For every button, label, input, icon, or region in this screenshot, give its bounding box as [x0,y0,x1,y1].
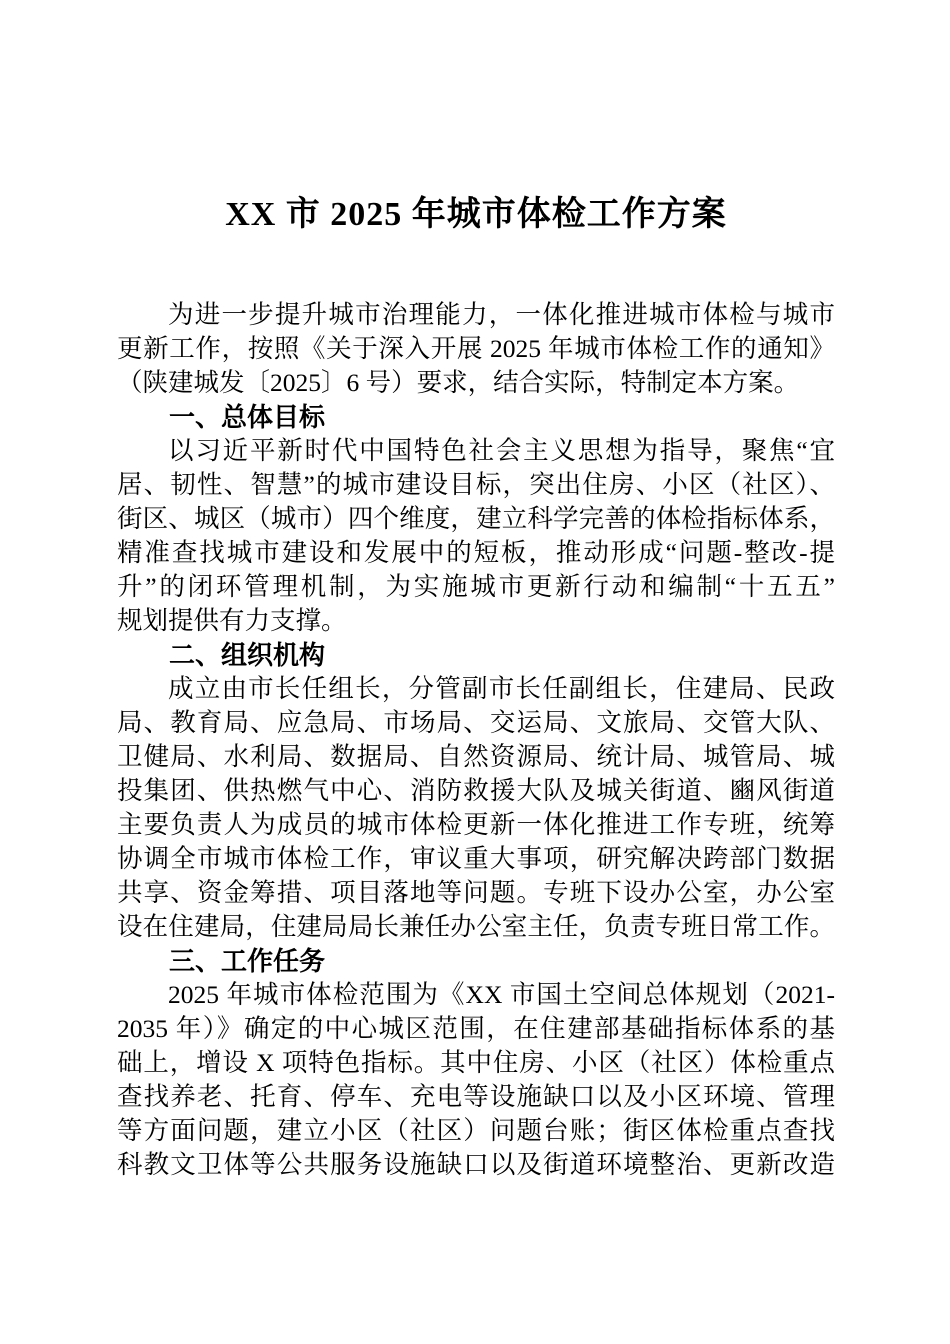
document-body: 为进一步提升城市治理能力，一体化推进城市体检与城市更新工作，按照《关于深入开展 … [117,298,835,1182]
doc-line: 为进一步提升城市治理能力，一体化推进城市体检与城市 [117,298,835,332]
doc-line: 投集团、供热燃气中心、消防救援大队及城关街道、豳风街道 [117,774,835,808]
doc-line: 2025 年城市体检范围为《XX 市国土空间总体规划（2021- [117,978,835,1012]
doc-line: 设在住建局，住建局局长兼任办公室主任，负责专班日常工作。 [117,910,835,944]
doc-line: 2035 年）》确定的中心城区范围，在住建部基础指标体系的基 [117,1012,835,1046]
doc-line: 以习近平新时代中国特色社会主义思想为指导，聚焦“宜 [117,434,835,468]
doc-line: 查找养老、托育、停车、充电等设施缺口以及小区环境、管理 [117,1080,835,1114]
doc-line: （陕建城发〔2025〕6 号）要求，结合实际，特制定本方案。 [117,366,835,400]
doc-line: 规划提供有力支撑。 [117,604,835,638]
doc-line: 街区、城区（城市）四个维度，建立科学完善的体检指标体系， [117,502,835,536]
doc-line: 局、教育局、应急局、市场局、交运局、文旅局、交管大队、 [117,706,835,740]
section-heading: 三、工作任务 [117,944,835,978]
doc-line: 卫健局、水利局、数据局、自然资源局、统计局、城管局、城 [117,740,835,774]
doc-line: 等方面问题，建立小区（社区）问题台账；街区体检重点查找 [117,1114,835,1148]
doc-line: 居、韧性、智慧”的城市建设目标，突出住房、小区（社区）、 [117,468,835,502]
section-heading: 一、总体目标 [117,400,835,434]
doc-line: 升”的闭环管理机制，为实施城市更新行动和编制“十五五” [117,570,835,604]
document-content: XX 市 2025 年城市体检工作方案 为进一步提升城市治理能力，一体化推进城市… [117,190,835,1182]
document-title: XX 市 2025 年城市体检工作方案 [117,190,835,240]
doc-line: 共享、资金筹措、项目落地等问题。专班下设办公室，办公室 [117,876,835,910]
doc-line: 更新工作，按照《关于深入开展 2025 年城市体检工作的通知》 [117,332,835,366]
document-page: XX 市 2025 年城市体检工作方案 为进一步提升城市治理能力，一体化推进城市… [0,0,950,1344]
doc-line: 成立由市长任组长，分管副市长任副组长，住建局、民政 [117,672,835,706]
doc-line: 精准查找城市建设和发展中的短板，推动形成“问题-整改-提 [117,536,835,570]
doc-line: 科教文卫体等公共服务设施缺口以及街道环境整治、更新改造 [117,1148,835,1182]
doc-line: 协调全市城市体检工作，审议重大事项，研究解决跨部门数据 [117,842,835,876]
section-heading: 二、组织机构 [117,638,835,672]
doc-line: 主要负责人为成员的城市体检更新一体化推进工作专班，统筹 [117,808,835,842]
doc-line: 础上，增设 X 项特色指标。其中住房、小区（社区）体检重点 [117,1046,835,1080]
